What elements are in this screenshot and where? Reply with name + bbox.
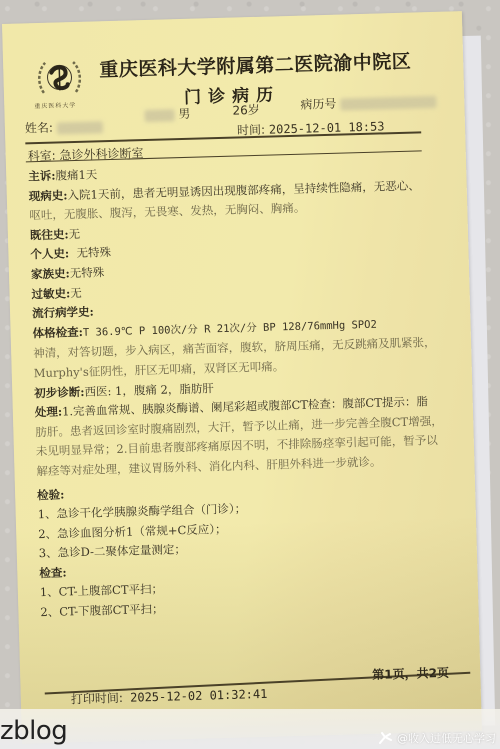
watermark-site: zblog (0, 716, 67, 746)
patient-age: 26岁 (232, 101, 260, 119)
record-body: 主诉:腹痛1天 现病史:入院1天前，患者无明显诱因出现腹部疼痛，呈持续性隐痛，无… (28, 155, 471, 622)
record-number-redacted (340, 95, 436, 110)
present-illness-label: 现病史: (29, 188, 68, 203)
logo-caption: 重庆医科大学 (34, 100, 76, 110)
patient-sex: 男 (178, 107, 190, 121)
allergy-history-label: 过敏史: (31, 286, 70, 301)
print-time-label: 打印时间: (71, 691, 123, 706)
family-history-label: 家族史: (31, 266, 70, 281)
record-number-label: 病历号 (300, 97, 336, 112)
patient-sex-row: 男 (144, 105, 190, 123)
diagnosis-label: 初步诊断: (34, 384, 85, 399)
print-time-value: 2025-12-02 01:32:41 (130, 687, 268, 705)
past-history-value: 无 (68, 227, 80, 241)
personal-history-value: 无特殊 (76, 245, 111, 260)
exams-label: 检查: (39, 565, 67, 580)
record-number-row: 病历号 (300, 92, 436, 113)
family-history-value: 无特殊 (70, 265, 105, 280)
diagnosis-value: 西医: 1，腹痛 2，脂肪肝 (84, 381, 214, 399)
physical-exam-label: 体格检查: (32, 325, 83, 340)
patient-name-row: 姓名: (25, 117, 103, 136)
lab-tests-label: 检验: (37, 487, 65, 502)
name-label: 姓名: (25, 121, 53, 136)
allergy-history-value: 无 (70, 285, 82, 299)
treatment-label: 处理: (35, 405, 63, 420)
page-info: 第1页，共2页 (372, 664, 449, 683)
epidemiology-label: 流行病学史: (32, 305, 94, 321)
name-redacted (57, 121, 103, 134)
medical-record-slip: 重庆医科大学 重庆医科大学附属第二医院渝中院区 门诊病历 姓名: 男 26岁 病… (2, 11, 482, 744)
watermark-author: @收入过低无心学习 (378, 730, 496, 746)
chief-complaint-value: 腹痛1天 (55, 167, 97, 182)
hospital-name: 重庆医科大学附属第二医院渝中院区 (99, 47, 412, 83)
chief-complaint-label: 主诉: (28, 169, 56, 184)
watermark-author-text: @收入过低无心学习 (397, 730, 496, 746)
print-time: 打印时间: 2025-12-02 01:32:41 (71, 685, 268, 707)
personal-history-label: 个人史: (30, 247, 69, 262)
redacted-field (144, 109, 174, 122)
weibo-flower-icon (378, 731, 394, 745)
past-history-label: 既往史: (30, 227, 69, 242)
